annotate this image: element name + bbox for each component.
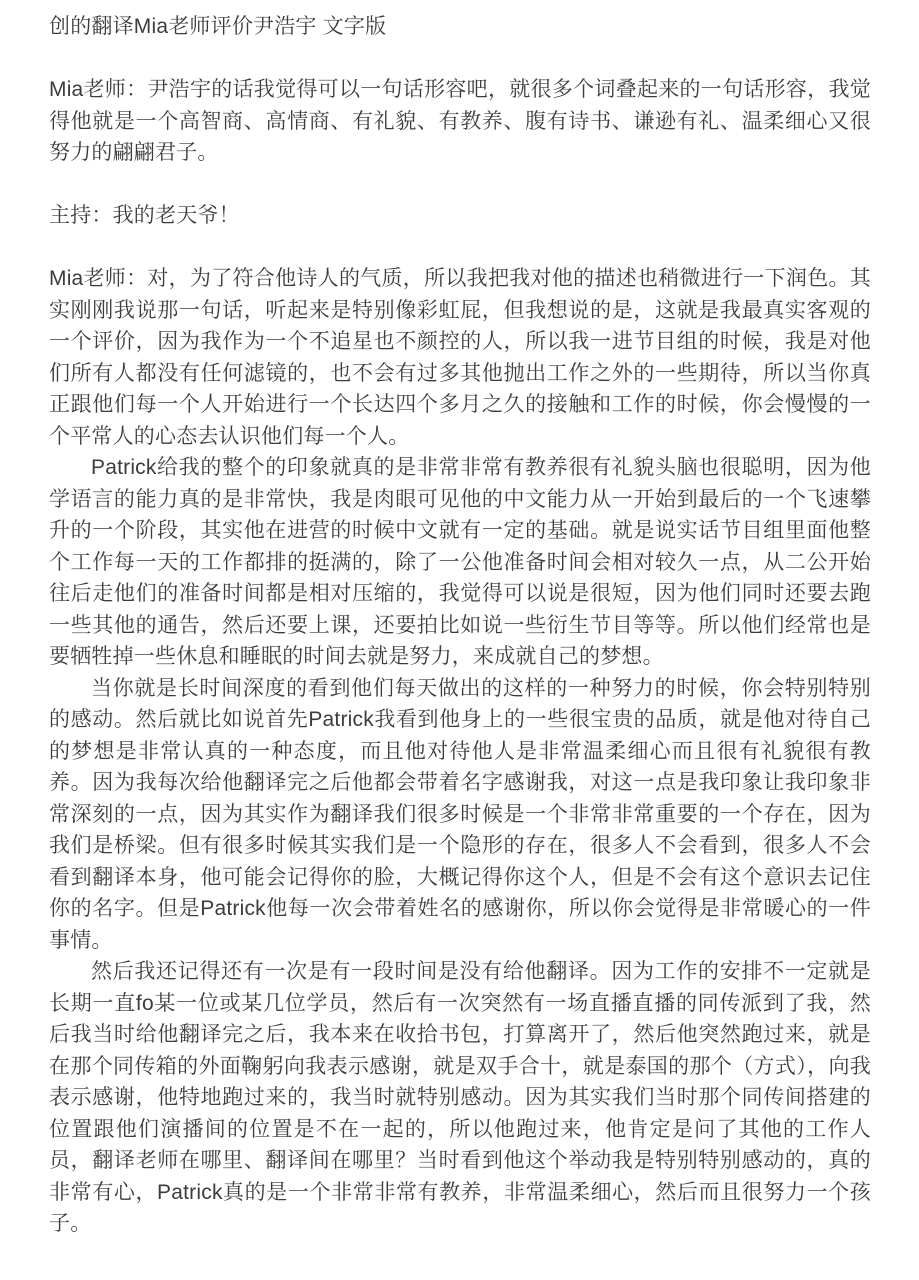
transcript-document: 创的翻译Mia老师评价尹浩宇 文字版 Mia老师：尹浩宇的话我觉得可以一句话形容… xyxy=(0,0,919,1280)
paragraph-patrick-impression: Patrick给我的整个的印象就真的是非常非常有教养很有礼貌头脑也很聪明，因为他… xyxy=(49,452,871,673)
dialogue-block-host: 主持：我的老天爷！ xyxy=(49,200,871,232)
dialogue-block-mia-1: Mia老师：尹浩宇的话我觉得可以一句话形容吧，就很多个词叠起来的一句话形容，我觉… xyxy=(49,74,871,169)
paragraph-host-exclamation: 主持：我的老天爷！ xyxy=(49,200,871,232)
dialogue-block-mia-2: Mia老师：对，为了符合他诗人的气质，所以我把我对他的描述也稍微进行一下润色。其… xyxy=(49,263,871,1240)
paragraph-patrick-gratitude-story: 然后我还记得还有一次是有一段时间是没有给他翻译。因为工作的安排不一定就是长期一直… xyxy=(49,956,871,1240)
paragraph-mia-one-sentence-summary: Mia老师：尹浩宇的话我觉得可以一句话形容吧，就很多个词叠起来的一句话形容，我觉… xyxy=(49,74,871,169)
paragraph-mia-honest-evaluation: Mia老师：对，为了符合他诗人的气质，所以我把我对他的描述也稍微进行一下润色。其… xyxy=(49,263,871,452)
document-title: 创的翻译Mia老师评价尹浩宇 文字版 xyxy=(49,11,871,43)
paragraph-patrick-qualities: 当你就是长时间深度的看到他们每天做出的这样的一种努力的时候，你会特别特别的感动。… xyxy=(49,673,871,957)
